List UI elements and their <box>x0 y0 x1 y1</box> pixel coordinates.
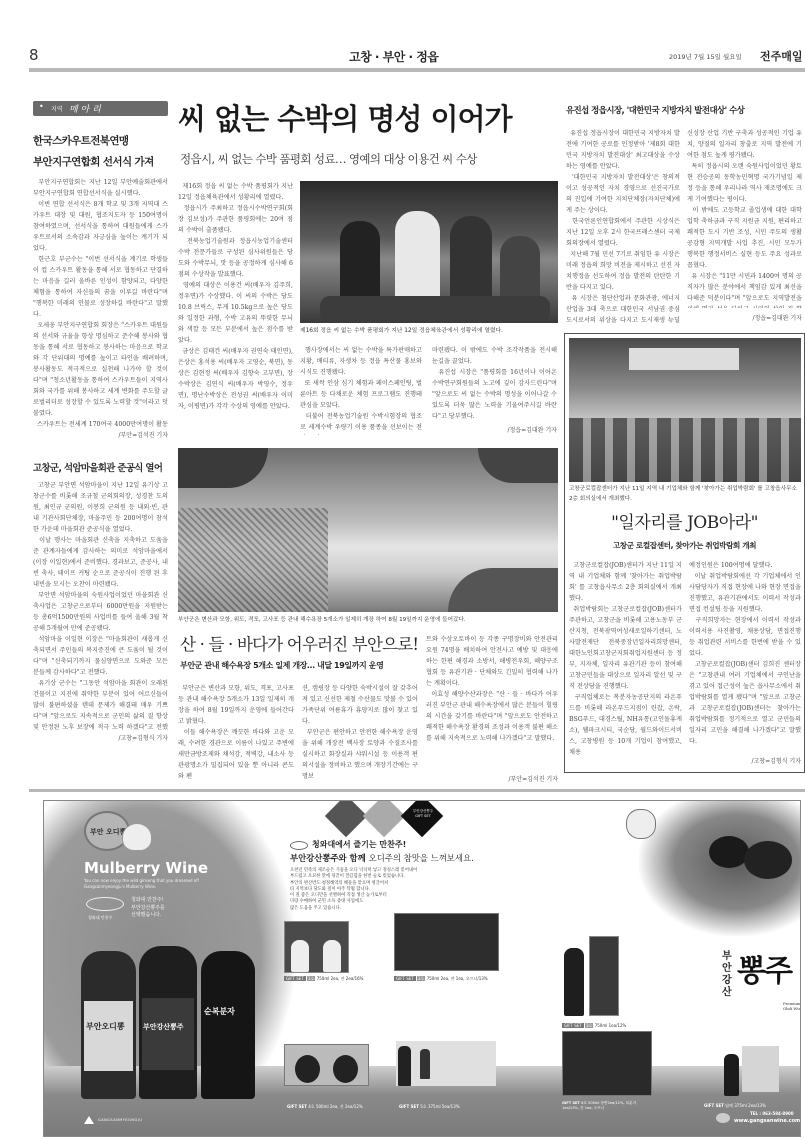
beach-col2: 션, 캠핑장 등 다양한 숙박시설이 잘 갖추어져 있고 신선한 제철 수산물도… <box>302 683 418 784</box>
beach-subheadline: 부안군 관내 해수욕장 5개소 일제 개장… 내달 19일까지 운영 <box>180 660 420 671</box>
company-seal-icon <box>716 1113 730 1123</box>
scout-title: 한국스카우트전북연맹 부안지구연합회 선서식 가져 <box>33 131 170 173</box>
bottle-2-label-text: 부안강산뽕주 <box>143 1022 184 1032</box>
giftset-1-bottle <box>323 940 341 972</box>
giftset-7-text: 375ml 2ea/13% <box>734 1103 766 1108</box>
scout-title-line2: 부안지구연합회 선서식 가져 <box>33 152 170 173</box>
ad-headline-1: 청와대에서 즐기는 만찬주! <box>312 839 406 850</box>
giftset-3-spec: GIFT SET 3호 750ml 1ea/12% <box>562 1023 626 1029</box>
giftset-6-spec: GIFT SET 6호 500ml 장뽕2ea/12%, 복분자1ea/13%,… <box>562 1101 652 1111</box>
ad-headline-2a: 부안강산뽕주와 함께 <box>290 853 369 863</box>
job-col2: 예정인원은 100여명에 달했다. 이날 취업박람회에선 각 기업체에서 인사담… <box>689 560 801 750</box>
watermelon-subheadline: 정읍시, 씨 없는 수박 품평회 성료… 영예의 대상 이용건 씨 수상 <box>180 151 560 167</box>
giftset-3-badge: GIFT SET <box>562 1023 584 1028</box>
photo-people <box>569 418 801 482</box>
job-subheadline: 고창군 로컬잡센터, 찾아가는 취업박람회 개최 <box>565 540 804 551</box>
giftset-5-spec: GIFT SET 5호 375ml 5ea/13% <box>399 1104 460 1110</box>
beach-photo-caption: 부안군은 변산과 모항, 위도, 격포, 고사포 등 관내 해수욕장 5개소가 … <box>178 615 558 625</box>
logo-main-text: 뽕주 <box>737 946 791 990</box>
ad-title-en: Mulberry Wine <box>84 859 208 877</box>
giftset-1-no: 1호 <box>307 976 315 981</box>
photo-trees <box>478 448 558 483</box>
giftset-1-spec: GIFT SET 1호 750ml 2ea, 잔 2ea/16% <box>284 976 363 982</box>
beach-byline: /부안=김석진 기자 <box>426 774 558 783</box>
scout-byline: /부안=김석진 기자 <box>33 430 168 439</box>
giftset-3-text: 750ml 1ea/12% <box>595 1023 627 1028</box>
watermelon-col3: 마련됐다. 이 밖에도 수박 조각작품을 전시해 눈길을 끌었다. 유진섭 시장… <box>432 345 557 425</box>
mayor-col1: 유진섭 정읍시장이 대한민국 지방자치 발전에 기여한 공로를 인정받아 '제8… <box>566 128 680 324</box>
bottle-1: 부안오디뽕 <box>81 951 136 1099</box>
brand-badge-text: 부안 오디뽕 <box>90 827 126 837</box>
giftset-2-text: 750ml 2ea, 잔 1ea, 오프너/13% <box>427 976 488 981</box>
scout-body: 부안지구연합회는 지난 12일 부안예술회관에서 부안지구연합회 연합선서식을 … <box>33 177 168 427</box>
giftset-1-text: 750ml 2ea, 잔 2ea/16% <box>317 976 364 981</box>
job-byline: /고창=김형식 기자 <box>689 756 801 765</box>
blue-house-icon <box>86 897 124 911</box>
diamond-mulberry <box>325 800 367 837</box>
giftset-3-image <box>564 936 619 1016</box>
giftset-2-image <box>394 913 499 971</box>
giftset-4-badge: GIFT SET <box>287 1104 307 1109</box>
tag-label: 매 아 리 <box>69 102 101 115</box>
header-rule <box>29 68 805 72</box>
scout-title-line1: 한국스카우트전북연맹 <box>33 131 170 152</box>
ad-tel: TEL : 063-584-8900 <box>750 1111 794 1116</box>
giftset-7-spec: GIFT SET 답례 375ml 2ea/13% <box>704 1103 766 1109</box>
job-col1: 고창군로컬잡(JOB)센터가 지난 11일 지역 내 기업체와 함께 '찾아가는… <box>569 560 682 770</box>
giftset-5-bottle <box>398 1046 411 1086</box>
watermelon-col1: 제16회 정읍 씨 없는 수박 품평회가 지난 12일 정읍체육관에서 성황리에… <box>178 181 293 429</box>
photo-crowd <box>178 508 328 612</box>
blue-house-emblem-icon <box>290 841 308 850</box>
photo-banner <box>629 348 739 370</box>
job-headline: "일자리를 JOB아라" <box>565 508 804 533</box>
ad-headline-2b: 오디주의 참맛을 느껴보세요. <box>369 853 474 863</box>
giftset-1-bottle <box>291 940 309 972</box>
giftset-7-no: 답례 <box>725 1103 733 1108</box>
giftset-7-badge: GIFT SET <box>704 1103 724 1108</box>
page-number: 8 <box>29 46 39 64</box>
photo-watermelons <box>320 296 550 323</box>
mulberry-fruit <box>709 836 749 868</box>
village-byline: /고창=김형식 기자 <box>33 733 168 742</box>
giftset-7-bottle <box>724 1054 739 1096</box>
job-photo-caption: 고창군로컬잡센터가 지난 11일 지역 내 기업체와 함께 '찾아가는 취업박람… <box>569 484 801 504</box>
mayor-byline: /정읍=김대완 기자 <box>687 313 802 322</box>
giftset-4-text: 500ml 2ea, 잔 2ea/12% <box>316 1104 363 1109</box>
ad-tagline-1: You can now enjoy the wild ginseng that … <box>84 878 199 883</box>
village-body: 고창군 부안면 석암마을이 지난 12일 유기상 고창군수를 비롯해 조규철 군… <box>33 480 168 744</box>
ad-headline-2: 부안강산뽕주와 함께 오디주의 참맛을 느껴보세요. <box>290 852 474 864</box>
mulberry-wine-ad: 부안 오디뽕 Mulberry Wine You can now enjoy t… <box>43 800 801 1137</box>
company-name-en: GANGSANMYEONGJU <box>98 1118 142 1122</box>
giftset-1-badge: GIFT SET <box>284 976 306 981</box>
giftset-4-jar <box>333 1055 358 1083</box>
beach-photo <box>178 448 558 612</box>
giftset-3-bottle <box>564 948 584 1016</box>
mulberry-photo <box>639 801 801 936</box>
bottle-2: 부안강산뽕주 <box>139 946 197 1099</box>
giftset-5-image <box>396 1041 496 1086</box>
giftset-2-spec: GIFT SET 2호 750ml 2ea, 잔 1ea, 오프너/13% <box>394 976 488 982</box>
premium-label: Premium Ohdi Wine <box>783 1001 801 1011</box>
giftset-6-no: 6호 <box>581 1101 587 1105</box>
giftset-5-badge: GIFT SET <box>399 1104 419 1109</box>
mayor-title: 유진섭 정읍시장, '대한민국 지방자치 발전대상' 수상 <box>566 104 805 116</box>
bottle-3-label-text: 순복분자 <box>204 1006 235 1017</box>
photo-shore <box>448 568 558 612</box>
giftset-5-bottle <box>420 1049 430 1079</box>
mulberry-fruit <box>744 841 792 879</box>
giftset-4-image <box>284 1044 369 1086</box>
giftset-4-no: 4호 <box>308 1104 314 1109</box>
giftset-1-image <box>284 921 349 973</box>
ad-tagline-2: Gangsanmyeongju's Mulberry Wine. <box>84 884 156 889</box>
giftset-6-image <box>562 1031 652 1096</box>
giftset-3-no: 3호 <box>585 1023 593 1028</box>
beach-col1: 부안군은 변산과 모항, 위도, 격포, 고사포 등 관내 해수욕장 5개소가 … <box>178 683 294 784</box>
giftset-6-badge: GIFT SET <box>562 1101 580 1105</box>
diamond-fruit <box>363 800 405 837</box>
blue-house-text: 청와대 만찬주! 부안강산뽕주를 선택했습니다. <box>131 897 165 920</box>
issue-date: 2019년 7월 15일 월요일 <box>669 52 742 61</box>
mayor-col2: 신성장 산업 기반 구축과 성공적인 기업 유치, 양질의 일자리 창출로 지역… <box>687 128 802 308</box>
watermelon-photo-caption: 제16회 정읍 씨 없는 수박 품평회가 지난 12일 정읍체육관에서 성황리에… <box>300 326 558 336</box>
mascot-right-icon <box>626 809 656 839</box>
giftset-2-no: 2호 <box>417 976 425 981</box>
region-tag: • 지역 매 아 리 <box>33 101 168 116</box>
tag-prefix: 지역 <box>51 104 63 113</box>
bottle-1-label-text: 부안오디뽕 <box>86 1021 125 1032</box>
watermelon-photo <box>300 181 558 323</box>
photo-trees <box>178 448 268 488</box>
watermelon-col2: 행사장에서는 씨 없는 수박을 특가판매하고 지황, 배티류, 자생차 등 정읍… <box>300 345 422 435</box>
giftset-4-jar <box>295 1055 320 1083</box>
giftset-7-image <box>724 1046 779 1096</box>
bottle-1-label <box>84 1001 133 1071</box>
watermelon-headline: 씨 없는 수박의 명성 이어가 <box>178 101 558 137</box>
diamond-giftset-label: 부안강산뽕주 GIFT SET <box>406 809 440 819</box>
bottle-2-label <box>142 998 194 1070</box>
job-photo <box>569 338 801 482</box>
section-rule <box>29 789 805 792</box>
ad-website[interactable]: www.gangsanwine.com <box>734 1118 800 1124</box>
mascot-icon <box>122 823 152 851</box>
giftset-5-text: 375ml 5ea/13% <box>428 1104 460 1109</box>
beach-headline: 산 · 들 · 바다가 어우러진 부안으로! <box>180 631 420 655</box>
village-title: 고창군, 석암마을회관 준공식 열어 <box>33 460 170 474</box>
giftset-2-badge: GIFT SET <box>394 976 416 981</box>
bottle-3: 순복분자 <box>201 951 255 1099</box>
job-article-box: 고창군로컬잡센터가 지난 11일 지역 내 기업체와 함께 '찾아가는 취업박람… <box>564 333 805 773</box>
ad-body: 오천년 민족의 제조술은 기품을 오디 넉넉히 넣고 정성스레 빚어내어 부드럽… <box>290 868 417 912</box>
paper-name: 전주매일 <box>760 48 803 64</box>
giftset-7-box <box>742 1046 779 1092</box>
section-title: 고창 · 부안 · 정읍 <box>349 48 438 65</box>
giftset-4-spec: GIFT SET 4호 500ml 2ea, 잔 2ea/12% <box>287 1104 363 1110</box>
beach-col3: 트와 수상오토바이 등 각종 구명장비와 안전관리요원 74명을 배치하여 안전… <box>426 634 558 774</box>
giftset-5-no: 5호 <box>420 1104 426 1109</box>
blue-house-label: 청와대 만찬주 <box>88 915 112 921</box>
giftset-3-box <box>589 936 619 1016</box>
logo-side-text: 부안강산 <box>722 951 736 999</box>
tag-dot: • <box>39 102 44 111</box>
watermelon-byline: /정읍=김대완 기자 <box>432 425 557 434</box>
